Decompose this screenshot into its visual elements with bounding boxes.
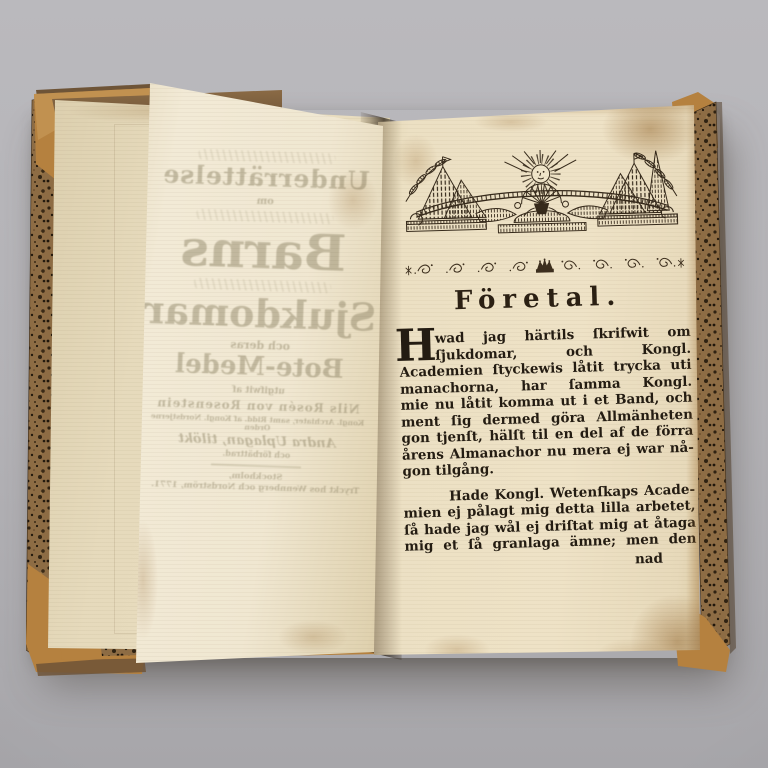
page-title: Företal. — [371, 279, 698, 318]
showthrough-line: Underrättelse — [151, 161, 382, 195]
page-content: Företal. H wad jag härtils ſkrifwit om B… — [366, 100, 707, 665]
body-text: H wad jag härtils ſkrifwit om Barna- ſju… — [399, 324, 698, 574]
showthrough-line: Barns — [148, 221, 380, 281]
showthrough-line: om — [150, 193, 380, 212]
rule-line — [211, 463, 301, 468]
stain-patch — [278, 620, 348, 654]
headpiece-woodcut-sun — [399, 144, 684, 242]
showthrough-line: Bote-Medel — [144, 350, 375, 385]
raised-title-leaf: Underrättelse om Barns Sjukdomar och der… — [118, 80, 400, 670]
drop-cap-initial: H — [394, 326, 437, 367]
right-page: Företal. H wad jag härtils ſkrifwit om B… — [374, 104, 700, 660]
paragraph-1: H wad jag härtils ſkrifwit om Barna- ſju… — [399, 324, 695, 481]
photo-open-antique-book: Underrättelse om Barns Sjukdomar och der… — [0, 0, 768, 768]
title-page-showthrough: Underrättelse om Barns Sjukdomar och der… — [140, 144, 382, 498]
showthrough-line: Sjukdomar — [146, 290, 377, 338]
paragraph-2: Hade Kongl. Wetenſkaps Acade- mien ej på… — [403, 481, 697, 555]
ornament-divider-crown — [405, 254, 685, 280]
